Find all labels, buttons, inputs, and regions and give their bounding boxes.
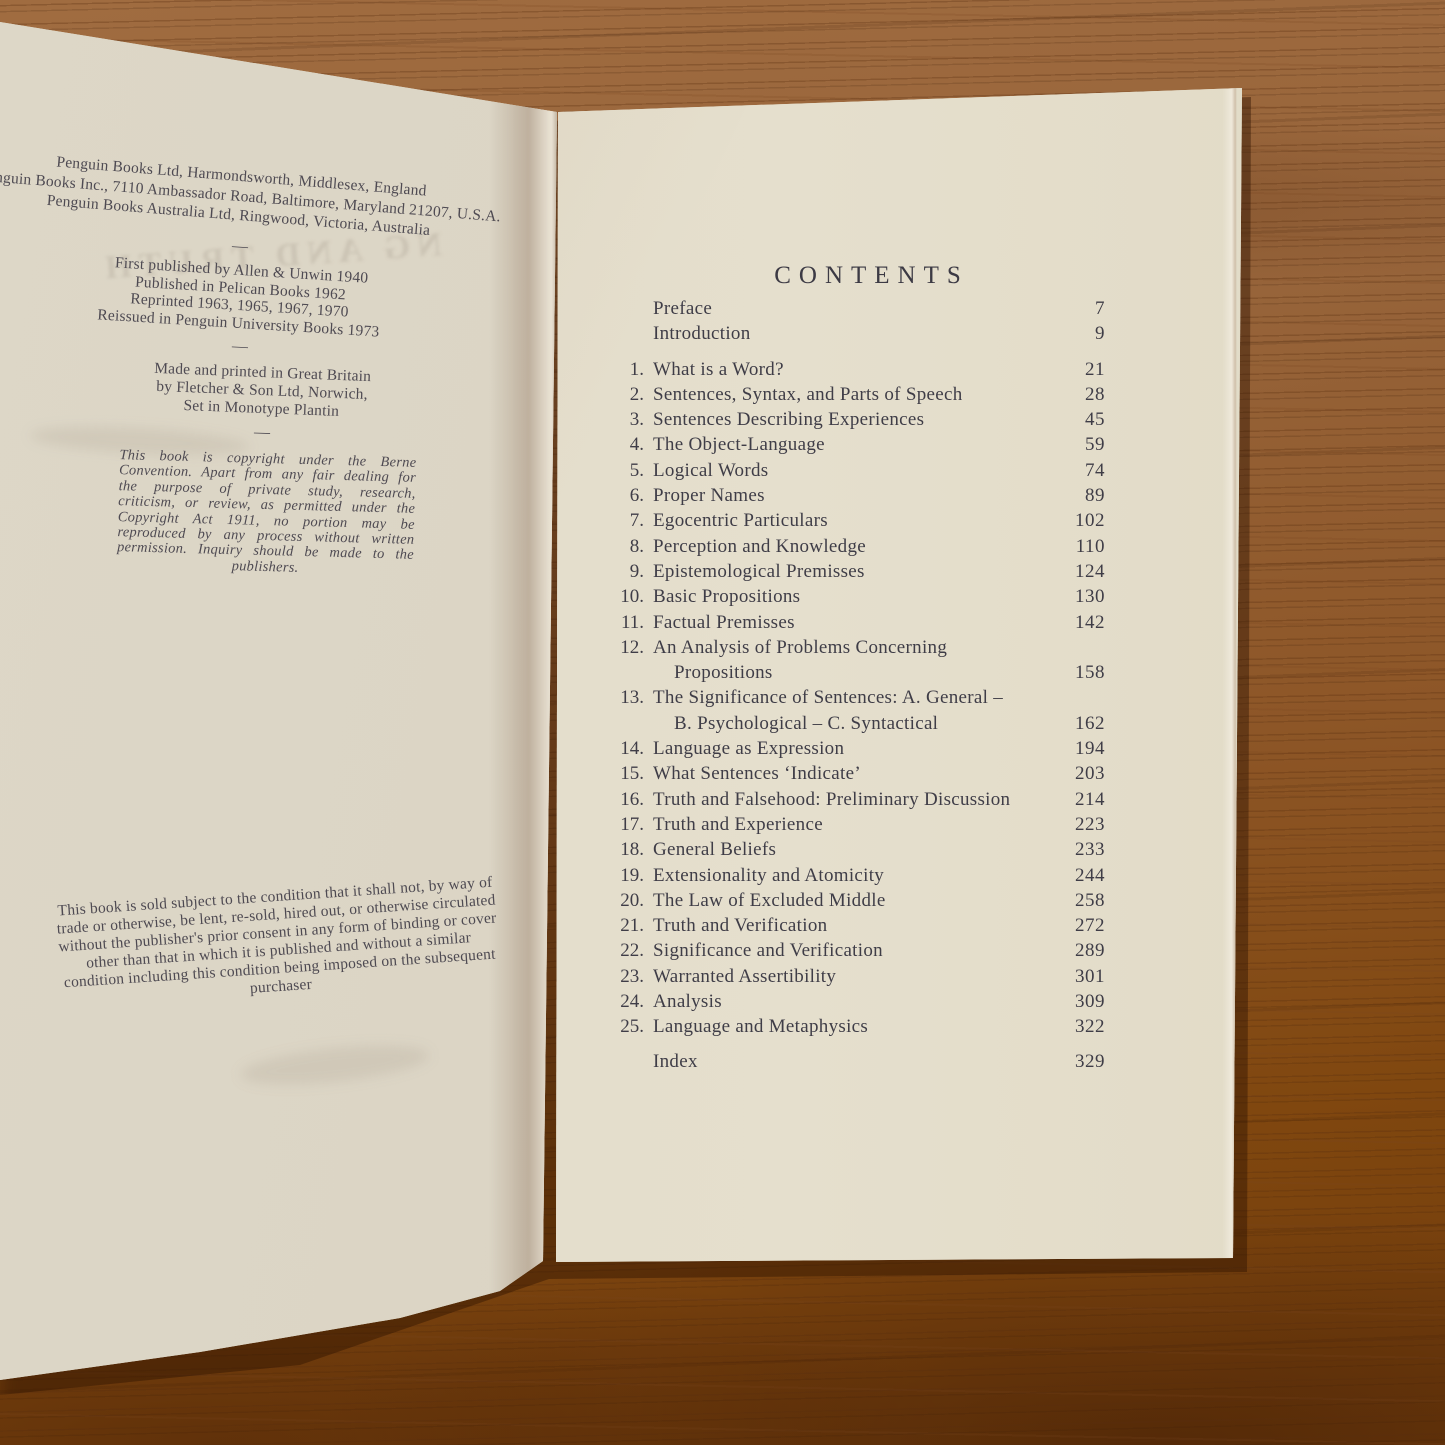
toc-number: 19. — [600, 863, 653, 888]
showthrough-smudge — [239, 1038, 432, 1092]
toc-title: The Significance of Sentences: A. Genera… — [653, 685, 1053, 710]
toc-entry: 24. Analysis 309 — [600, 989, 1105, 1014]
toc-title: What is a Word? — [653, 357, 1053, 382]
toc-page-number: 21 — [1053, 357, 1105, 382]
toc-title: B. Psychological – C. Syntactical — [653, 711, 1053, 736]
toc-entry: 23. Warranted Assertibility 301 — [600, 964, 1105, 989]
toc-title: Basic Propositions — [653, 584, 1053, 609]
toc-title: Truth and Falsehood: Preliminary Discuss… — [653, 787, 1053, 812]
toc-entry-introduction: Introduction 9 — [600, 321, 1105, 346]
toc-number: 15. — [600, 761, 653, 786]
toc-entry-preface: Preface 7 — [600, 296, 1105, 321]
toc-page-number: 309 — [1053, 989, 1105, 1014]
toc-title: An Analysis of Problems Concerning — [653, 635, 1053, 660]
toc-title: Proper Names — [653, 483, 1053, 508]
toc-number: 22. — [600, 938, 653, 963]
sale-condition-notice: This book is sold subject to the conditi… — [54, 873, 502, 1010]
toc-page-number: 223 — [1053, 812, 1105, 837]
toc-entry-continuation: B. Psychological – C. Syntactical 162 — [600, 711, 1105, 736]
toc-entry: 19. Extensionality and Atomicity 244 — [600, 863, 1105, 888]
toc-entry: 12. An Analysis of Problems Concerning — [600, 635, 1105, 660]
toc-entry: 21. Truth and Verification 272 — [600, 913, 1105, 938]
toc-page-number: 59 — [1053, 432, 1105, 457]
toc-page-number: 9 — [1053, 321, 1105, 346]
toc-title: The Object-Language — [653, 432, 1053, 457]
toc-page-number: 194 — [1053, 736, 1105, 761]
toc-page-number: 142 — [1053, 610, 1105, 635]
toc-title: Perception and Knowledge — [653, 534, 1053, 559]
toc-entry: 5. Logical Words 74 — [600, 458, 1105, 483]
toc-number: 8. — [600, 534, 653, 559]
toc-number: 14. — [600, 736, 653, 761]
toc-entry: 2. Sentences, Syntax, and Parts of Speec… — [600, 382, 1105, 407]
toc-number: 7. — [600, 508, 653, 533]
toc-number: 18. — [600, 837, 653, 862]
toc-page-number: 301 — [1053, 964, 1105, 989]
toc-title: Egocentric Particulars — [653, 508, 1053, 533]
toc-number: 17. — [600, 812, 653, 837]
page-edge-highlight — [1222, 85, 1236, 1265]
toc-title: Epistemological Premisses — [653, 559, 1053, 584]
toc-title: General Beliefs — [653, 837, 1053, 862]
toc-title: The Law of Excluded Middle — [653, 888, 1053, 913]
toc-entry-continuation: Propositions 158 — [600, 660, 1105, 685]
toc-page-number: 158 — [1053, 660, 1105, 685]
toc-page-number: 162 — [1053, 711, 1105, 736]
toc-page-number: 322 — [1053, 1014, 1105, 1039]
toc-page-number: 272 — [1053, 913, 1105, 938]
toc-entry: 9. Epistemological Premisses 124 — [600, 559, 1105, 584]
toc-page-number: 74 — [1053, 458, 1105, 483]
toc-page-number: 329 — [1053, 1049, 1105, 1074]
toc-entry: 4. The Object-Language 59 — [600, 432, 1105, 457]
toc-page-number: 124 — [1053, 559, 1105, 584]
toc-entry: 15. What Sentences ‘Indicate’ 203 — [600, 761, 1105, 786]
toc-number: 1. — [600, 357, 653, 382]
toc-title: Propositions — [653, 660, 1053, 685]
toc-page-number: 110 — [1053, 534, 1105, 559]
toc-number: 13. — [600, 685, 653, 710]
toc-number: 3. — [600, 407, 653, 432]
toc-entry: 14. Language as Expression 194 — [600, 736, 1105, 761]
copyright-notice: This book is copyright under the Berne C… — [116, 448, 416, 579]
toc-title: Truth and Verification — [653, 913, 1053, 938]
toc-title: Index — [653, 1049, 1053, 1074]
toc-page-number: 244 — [1053, 863, 1105, 888]
toc-number: 2. — [600, 382, 653, 407]
toc-entry: 1. What is a Word? 21 — [600, 357, 1105, 382]
toc-entry: 16. Truth and Falsehood: Preliminary Dis… — [600, 787, 1105, 812]
toc-page-number: 28 — [1053, 382, 1105, 407]
toc-title: What Sentences ‘Indicate’ — [653, 761, 1053, 786]
toc-entry: 10. Basic Propositions 130 — [600, 584, 1105, 609]
toc-entry: 18. General Beliefs 233 — [600, 837, 1105, 862]
contents-heading: CONTENTS — [600, 262, 1105, 290]
toc-number: 23. — [600, 964, 653, 989]
toc-title: Sentences Describing Experiences — [653, 407, 1053, 432]
toc-page-number: 258 — [1053, 888, 1105, 913]
toc-title: Extensionality and Atomicity — [653, 863, 1053, 888]
toc-page-number: 89 — [1053, 483, 1105, 508]
toc-number: 24. — [600, 989, 653, 1014]
toc-page-number: 203 — [1053, 761, 1105, 786]
toc-number: 11. — [600, 610, 653, 635]
toc-title: Language as Expression — [653, 736, 1053, 761]
toc-entry: 22. Significance and Verification 289 — [600, 938, 1105, 963]
toc-number: 25. — [600, 1014, 653, 1039]
toc-title: Analysis — [653, 989, 1053, 1014]
toc-title: Logical Words — [653, 458, 1053, 483]
toc-entry: 7. Egocentric Particulars 102 — [600, 508, 1105, 533]
toc-title: Introduction — [653, 321, 1053, 346]
toc-entry-index: Index 329 — [600, 1049, 1105, 1074]
toc-page-number: 130 — [1053, 584, 1105, 609]
toc-page-number: 289 — [1053, 938, 1105, 963]
toc-title: Warranted Assertibility — [653, 964, 1053, 989]
printer-info: Made and printed in Great Britain by Fle… — [61, 356, 463, 425]
toc-number: 16. — [600, 787, 653, 812]
toc-page-number: 214 — [1053, 787, 1105, 812]
toc-entry: 8. Perception and Knowledge 110 — [600, 534, 1105, 559]
toc-entry: 20. The Law of Excluded Middle 258 — [600, 888, 1105, 913]
toc-title: Factual Premisses — [653, 610, 1053, 635]
toc-number: 4. — [600, 432, 653, 457]
toc-number: 9. — [600, 559, 653, 584]
toc-title: Preface — [653, 296, 1053, 321]
toc-entry: 13. The Significance of Sentences: A. Ge… — [600, 685, 1105, 710]
toc-entry: 11. Factual Premisses 142 — [600, 610, 1105, 635]
table-of-contents: Preface 7 Introduction 9 1. What is a Wo… — [600, 296, 1105, 1074]
toc-number: 12. — [600, 635, 653, 660]
toc-title: Sentences, Syntax, and Parts of Speech — [653, 382, 1053, 407]
toc-entry: 25. Language and Metaphysics 322 — [600, 1014, 1105, 1039]
toc-number: 20. — [600, 888, 653, 913]
toc-page-number: 7 — [1053, 296, 1105, 321]
toc-title: Language and Metaphysics — [653, 1014, 1053, 1039]
toc-entry: 17. Truth and Experience 223 — [600, 812, 1105, 837]
toc-page-number: 233 — [1053, 837, 1105, 862]
book-photo: NG AND TRUTH Penguin Books Ltd, Harmonds… — [0, 0, 1445, 1445]
toc-number: 10. — [600, 584, 653, 609]
toc-page-number: 45 — [1053, 407, 1105, 432]
toc-title: Significance and Verification — [653, 938, 1053, 963]
toc-entry: 3. Sentences Describing Experiences 45 — [600, 407, 1105, 432]
toc-number: 5. — [600, 458, 653, 483]
toc-number: 6. — [600, 483, 653, 508]
toc-title: Truth and Experience — [653, 812, 1053, 837]
toc-number: 21. — [600, 913, 653, 938]
toc-entry: 6. Proper Names 89 — [600, 483, 1105, 508]
toc-page-number: 102 — [1053, 508, 1105, 533]
